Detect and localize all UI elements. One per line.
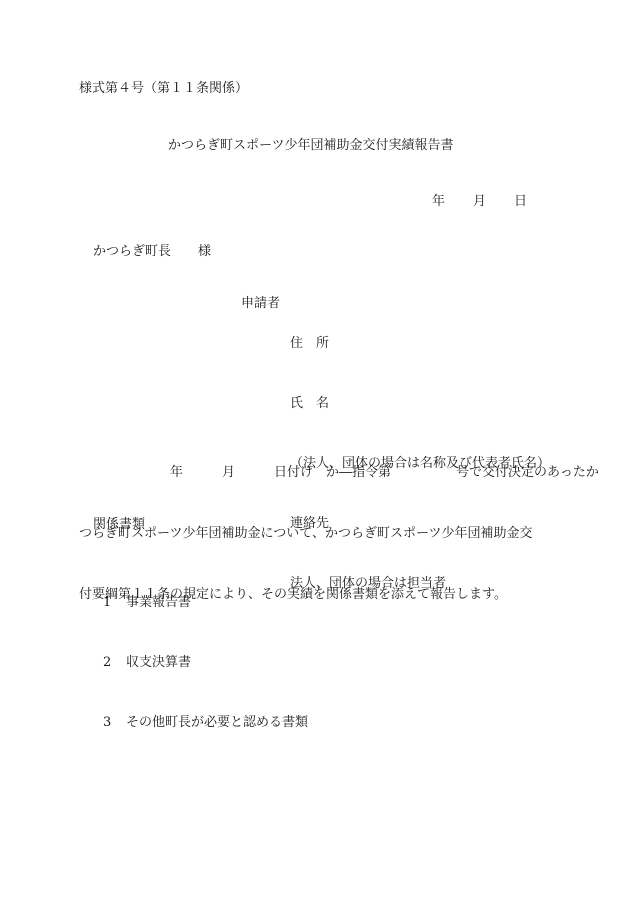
list-item-label: 事業報告書: [126, 595, 191, 610]
applicant-label: 申請者: [241, 294, 280, 314]
date-month-label: 月: [473, 192, 486, 212]
addressee-name: かつらぎ町長: [93, 242, 171, 262]
related-documents-heading: 関係書類: [93, 515, 145, 535]
body-line: 年 月 日付け か―指令第 号で交付決定のあったか: [79, 462, 559, 483]
body-line: つらぎ町スポーツ少年団補助金について、かつらぎ町スポーツ少年団補助金交: [79, 523, 559, 544]
list-item-number: 2: [103, 653, 126, 673]
document-page: 様式第４号（第１１条関係） かつらぎ町スポーツ少年団補助金交付実績報告書 年 月…: [0, 0, 630, 903]
list-item-label: 収支決算書: [126, 655, 191, 670]
applicant-name-field: 氏 名: [290, 394, 550, 414]
date-year-label: 年: [432, 192, 445, 212]
date-day-label: 日: [514, 192, 527, 212]
list-item-number: 1: [103, 593, 126, 613]
applicant-address-field: 住 所: [290, 334, 550, 354]
related-documents-list: 1事業報告書 2収支決算書 3その他町長が必要と認める書類: [103, 553, 308, 773]
list-item: 1事業報告書: [103, 593, 308, 613]
form-number: 様式第４号（第１１条関係）: [79, 79, 248, 99]
list-item-label: その他町長が必要と認める書類: [126, 715, 308, 730]
list-item: 3その他町長が必要と認める書類: [103, 713, 308, 733]
addressee-honorific: 様: [198, 242, 211, 262]
list-item-number: 3: [103, 713, 126, 733]
list-item: 2収支決算書: [103, 653, 308, 673]
document-title: かつらぎ町スポーツ少年団補助金交付実績報告書: [168, 136, 453, 156]
